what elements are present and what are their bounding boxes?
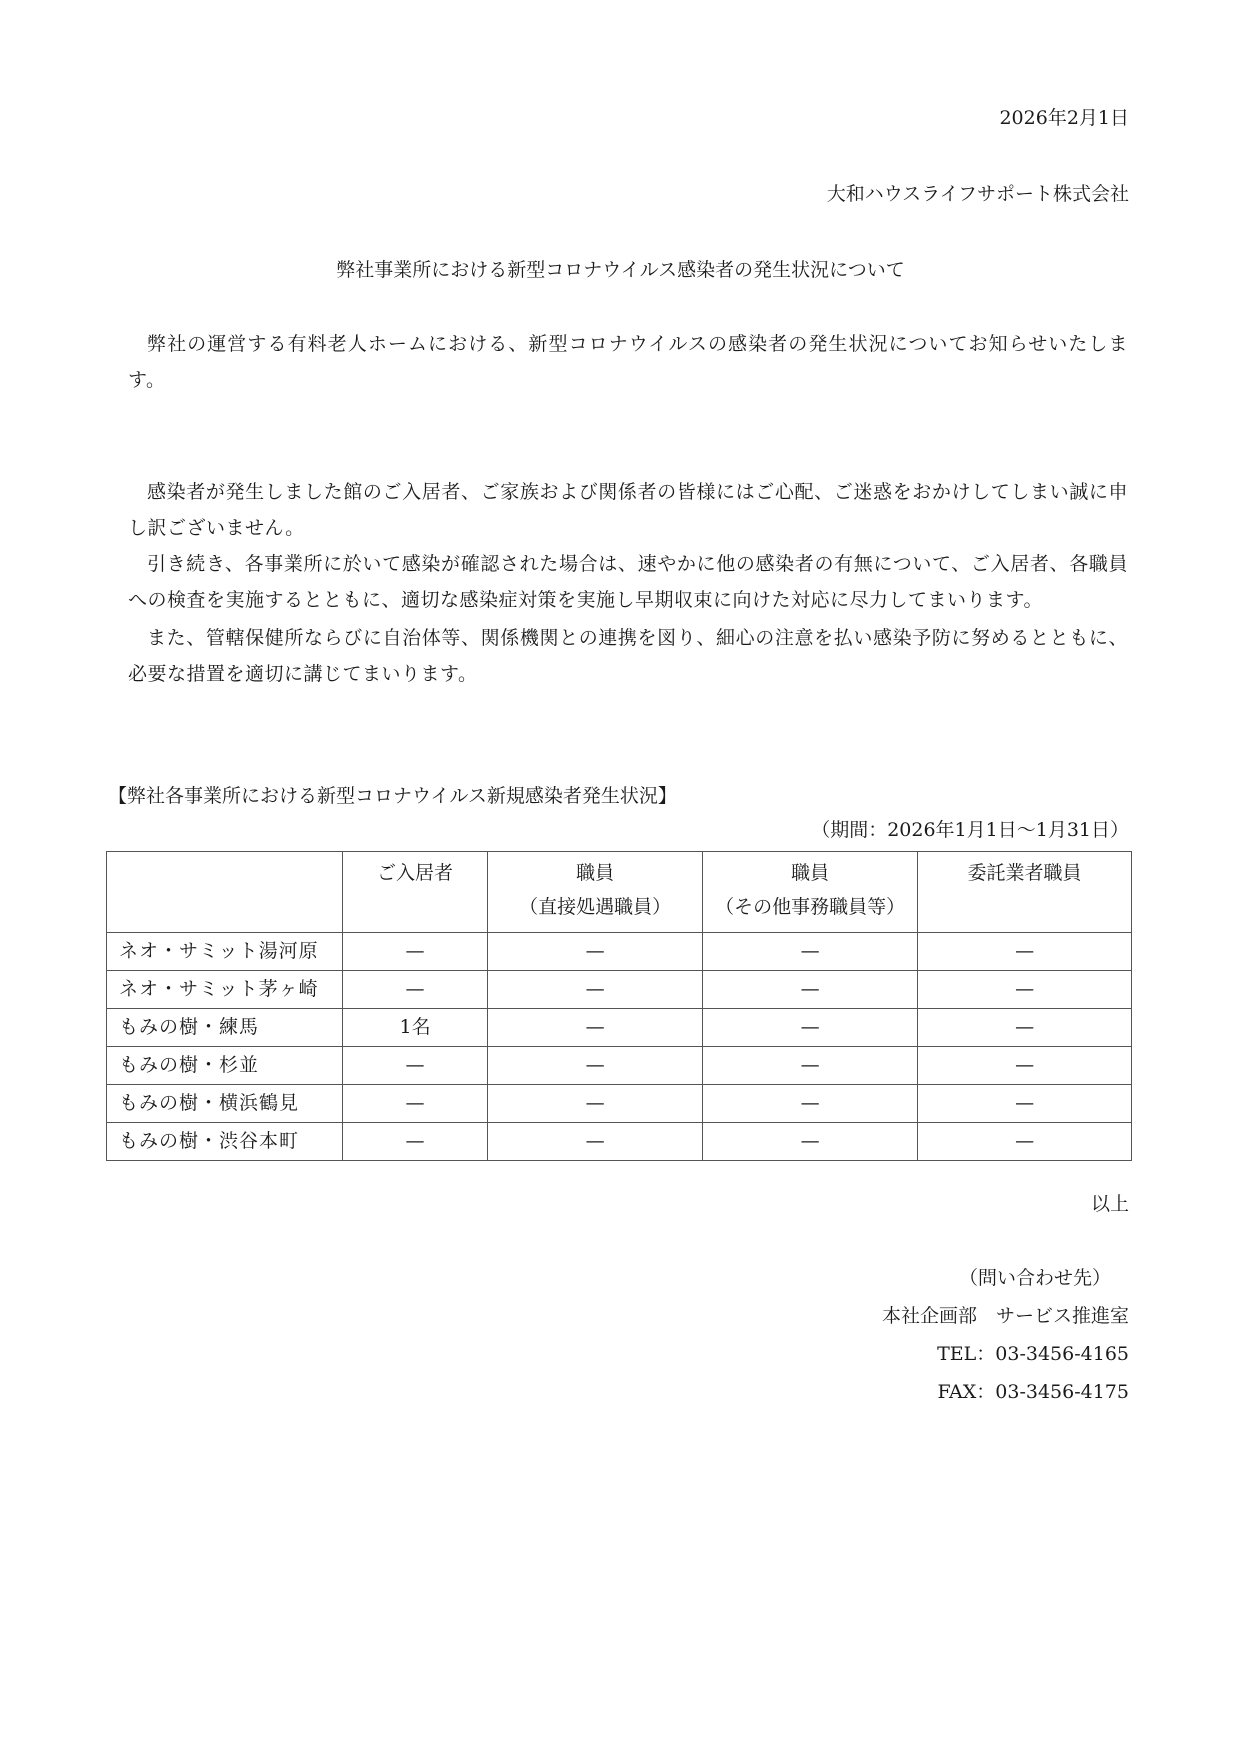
residents-count: — [342, 1085, 487, 1123]
other-staff-count: — [703, 1123, 918, 1161]
table-caption: 【弊社各事業所における新型コロナウイルス新規感染者発生状況】 [108, 784, 677, 808]
contractor-count: — [918, 1047, 1132, 1085]
facility-name: もみの樹・杉並 [107, 1047, 343, 1085]
closing-mark: 以上 [1091, 1192, 1129, 1216]
direct-staff-count: — [488, 933, 703, 971]
header-direct-staff: 職員 （直接処遇職員） [488, 852, 703, 933]
table-period: （期間：2026年1月1日～1月31日） [811, 818, 1129, 842]
contractor-count: — [918, 1009, 1132, 1047]
facility-name: ネオ・サミット茅ヶ崎 [107, 971, 343, 1009]
header-label: 職員 [703, 856, 917, 890]
residents-count: — [342, 1123, 487, 1161]
facility-name: もみの樹・渋谷本町 [107, 1123, 343, 1161]
company-name: 大和ハウスライフサポート株式会社 [827, 182, 1129, 206]
residents-count: — [342, 933, 487, 971]
direct-staff-count: — [488, 1085, 703, 1123]
header-contractor: 委託業者職員 [918, 852, 1132, 933]
contact-tel: TEL：03-3456-4165 [937, 1342, 1129, 1366]
facility-name: もみの樹・練馬 [107, 1009, 343, 1047]
document-date: 2026年2月1日 [999, 106, 1129, 130]
contractor-count: — [918, 933, 1132, 971]
paragraph-response: 引き続き、各事業所に於いて感染が確認された場合は、速やかに他の感染者の有無につい… [128, 546, 1128, 618]
direct-staff-count: — [488, 971, 703, 1009]
table-row: ネオ・サミット茅ヶ崎 — — — — [107, 971, 1132, 1009]
other-staff-count: — [703, 1009, 918, 1047]
paragraph-intro: 弊社の運営する有料老人ホームにおける、新型コロナウイルスの感染者の発生状況につい… [128, 326, 1128, 398]
other-staff-count: — [703, 933, 918, 971]
facility-name: もみの樹・横浜鶴見 [107, 1085, 343, 1123]
document-title: 弊社事業所における新型コロナウイルス感染者の発生状況について [0, 258, 1241, 282]
facility-name: ネオ・サミット湯河原 [107, 933, 343, 971]
table-header-row: ご入居者 職員 （直接処遇職員） 職員 （その他事務職員等） 委託業者職員 [107, 852, 1132, 933]
other-staff-count: — [703, 1085, 918, 1123]
table-row: もみの樹・渋谷本町 — — — — [107, 1123, 1132, 1161]
contractor-count: — [918, 1123, 1132, 1161]
paragraph-apology: 感染者が発生しました館のご入居者、ご家族および関係者の皆様にはご心配、ご迷惑をお… [128, 474, 1128, 546]
contact-department: 本社企画部 サービス推進室 [882, 1304, 1129, 1328]
residents-count: 1名 [342, 1009, 487, 1047]
other-staff-count: — [703, 971, 918, 1009]
residents-count: — [342, 1047, 487, 1085]
infection-status-table: ご入居者 職員 （直接処遇職員） 職員 （その他事務職員等） 委託業者職員 ネオ… [106, 851, 1132, 1161]
direct-staff-count: — [488, 1123, 703, 1161]
contractor-count: — [918, 971, 1132, 1009]
table-row: ネオ・サミット湯河原 — — — — [107, 933, 1132, 971]
document-page: 2026年2月1日 大和ハウスライフサポート株式会社 弊社事業所における新型コロ… [0, 0, 1241, 1755]
table-row: もみの樹・練馬 1名 — — — [107, 1009, 1132, 1047]
contractor-count: — [918, 1085, 1132, 1123]
direct-staff-count: — [488, 1047, 703, 1085]
table-row: もみの樹・杉並 — — — — [107, 1047, 1132, 1085]
header-residents: ご入居者 [342, 852, 487, 933]
header-label: 職員 [488, 856, 702, 890]
header-other-staff: 職員 （その他事務職員等） [703, 852, 918, 933]
header-label: ご入居者 [343, 856, 487, 890]
residents-count: — [342, 971, 487, 1009]
direct-staff-count: — [488, 1009, 703, 1047]
contact-label: （問い合わせ先） [959, 1266, 1111, 1290]
table-row: もみの樹・横浜鶴見 — — — — [107, 1085, 1132, 1123]
other-staff-count: — [703, 1047, 918, 1085]
contact-fax: FAX：03-3456-4175 [937, 1380, 1129, 1404]
header-label: 委託業者職員 [918, 856, 1131, 890]
paragraph-prevention: また、管轄保健所ならびに自治体等、関係機関との連携を図り、細心の注意を払い感染予… [128, 620, 1128, 692]
header-facility [107, 852, 343, 933]
header-sublabel: （直接処遇職員） [488, 890, 702, 924]
header-sublabel: （その他事務職員等） [703, 890, 917, 924]
